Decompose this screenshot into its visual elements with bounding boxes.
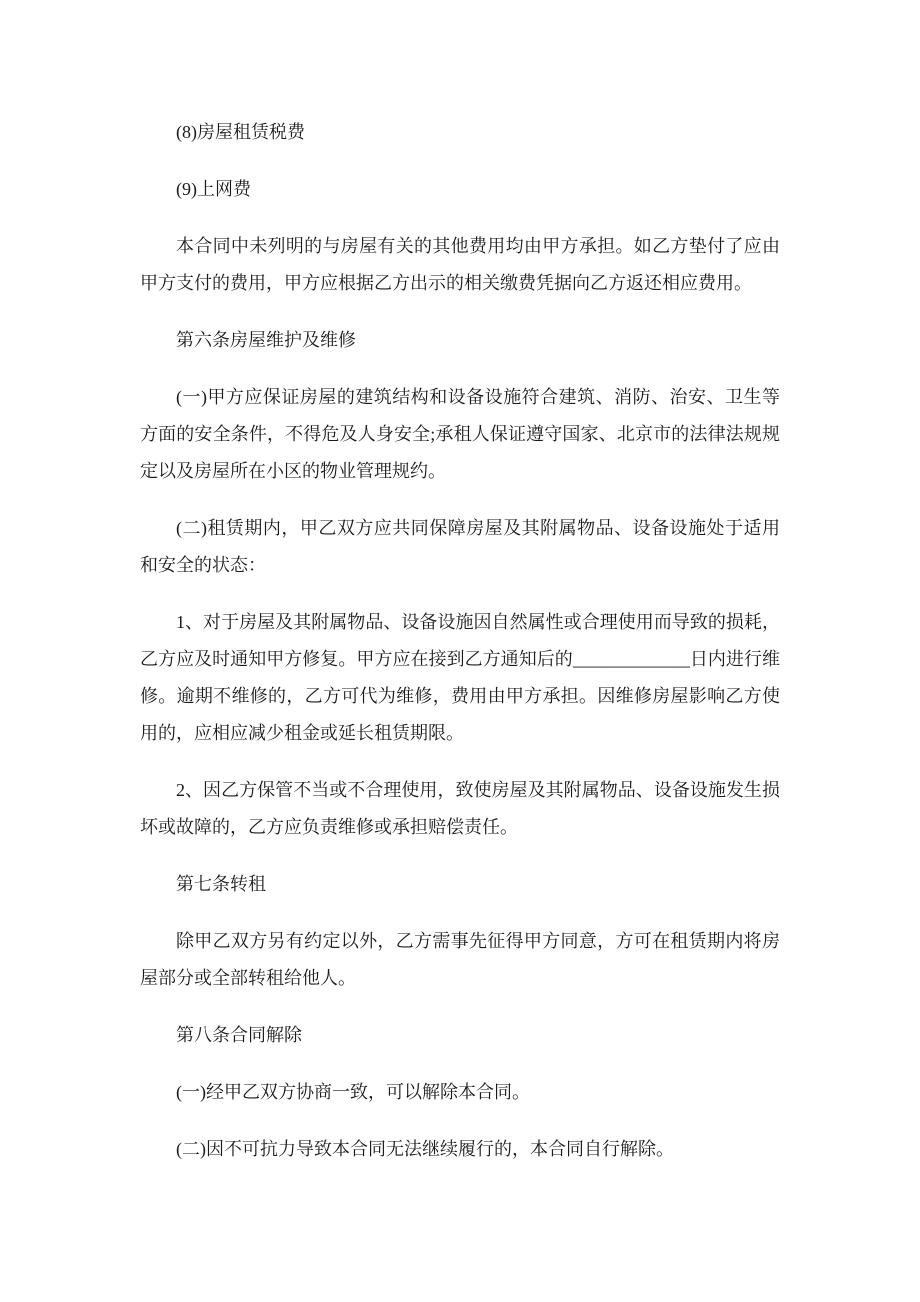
heading-article-8: 第八条合同解除 [140,1017,780,1054]
para-other-fees: 本合同中未列明的与房屋有关的其他费用均由甲方承担。如乙方垫付了应由甲方支付的费用… [140,228,780,302]
para-clause-item-9: (9)上网费 [140,171,780,208]
para-article8-item-2: (二)因不可抗力导致本合同无法继续履行的，本合同自行解除。 [140,1131,780,1168]
heading-article-6: 第六条房屋维护及维修 [140,322,780,359]
para-article6-item-2: (二)租赁期内，甲乙双方应共同保障房屋及其附属物品、设备设施处于适用和安全的状态… [140,510,780,584]
para-article6-point-2: 2、因乙方保管不当或不合理使用，致使房屋及其附属物品、设备设施发生损坏或故障的，… [140,772,780,846]
para-clause-item-8: (8)房屋租赁税费 [140,114,780,151]
para-article8-item-1: (一)经甲乙双方协商一致，可以解除本合同。 [140,1074,780,1111]
para-article6-item-1: (一)甲方应保证房屋的建筑结构和设备设施符合建筑、消防、治安、卫生等方面的安全条… [140,379,780,490]
para-article6-point-1: 1、对于房屋及其附属物品、设备设施因自然属性或合理使用而导致的损耗，乙方应及时通… [140,604,780,752]
document-page: (8)房屋租赁税费 (9)上网费 本合同中未列明的与房屋有关的其他费用均由甲方承… [0,0,920,1302]
para-article7-body: 除甲乙双方另有约定以外，乙方需事先征得甲方同意，方可在租赁期内将房屋部分或全部转… [140,923,780,997]
heading-article-7: 第七条转租 [140,866,780,903]
